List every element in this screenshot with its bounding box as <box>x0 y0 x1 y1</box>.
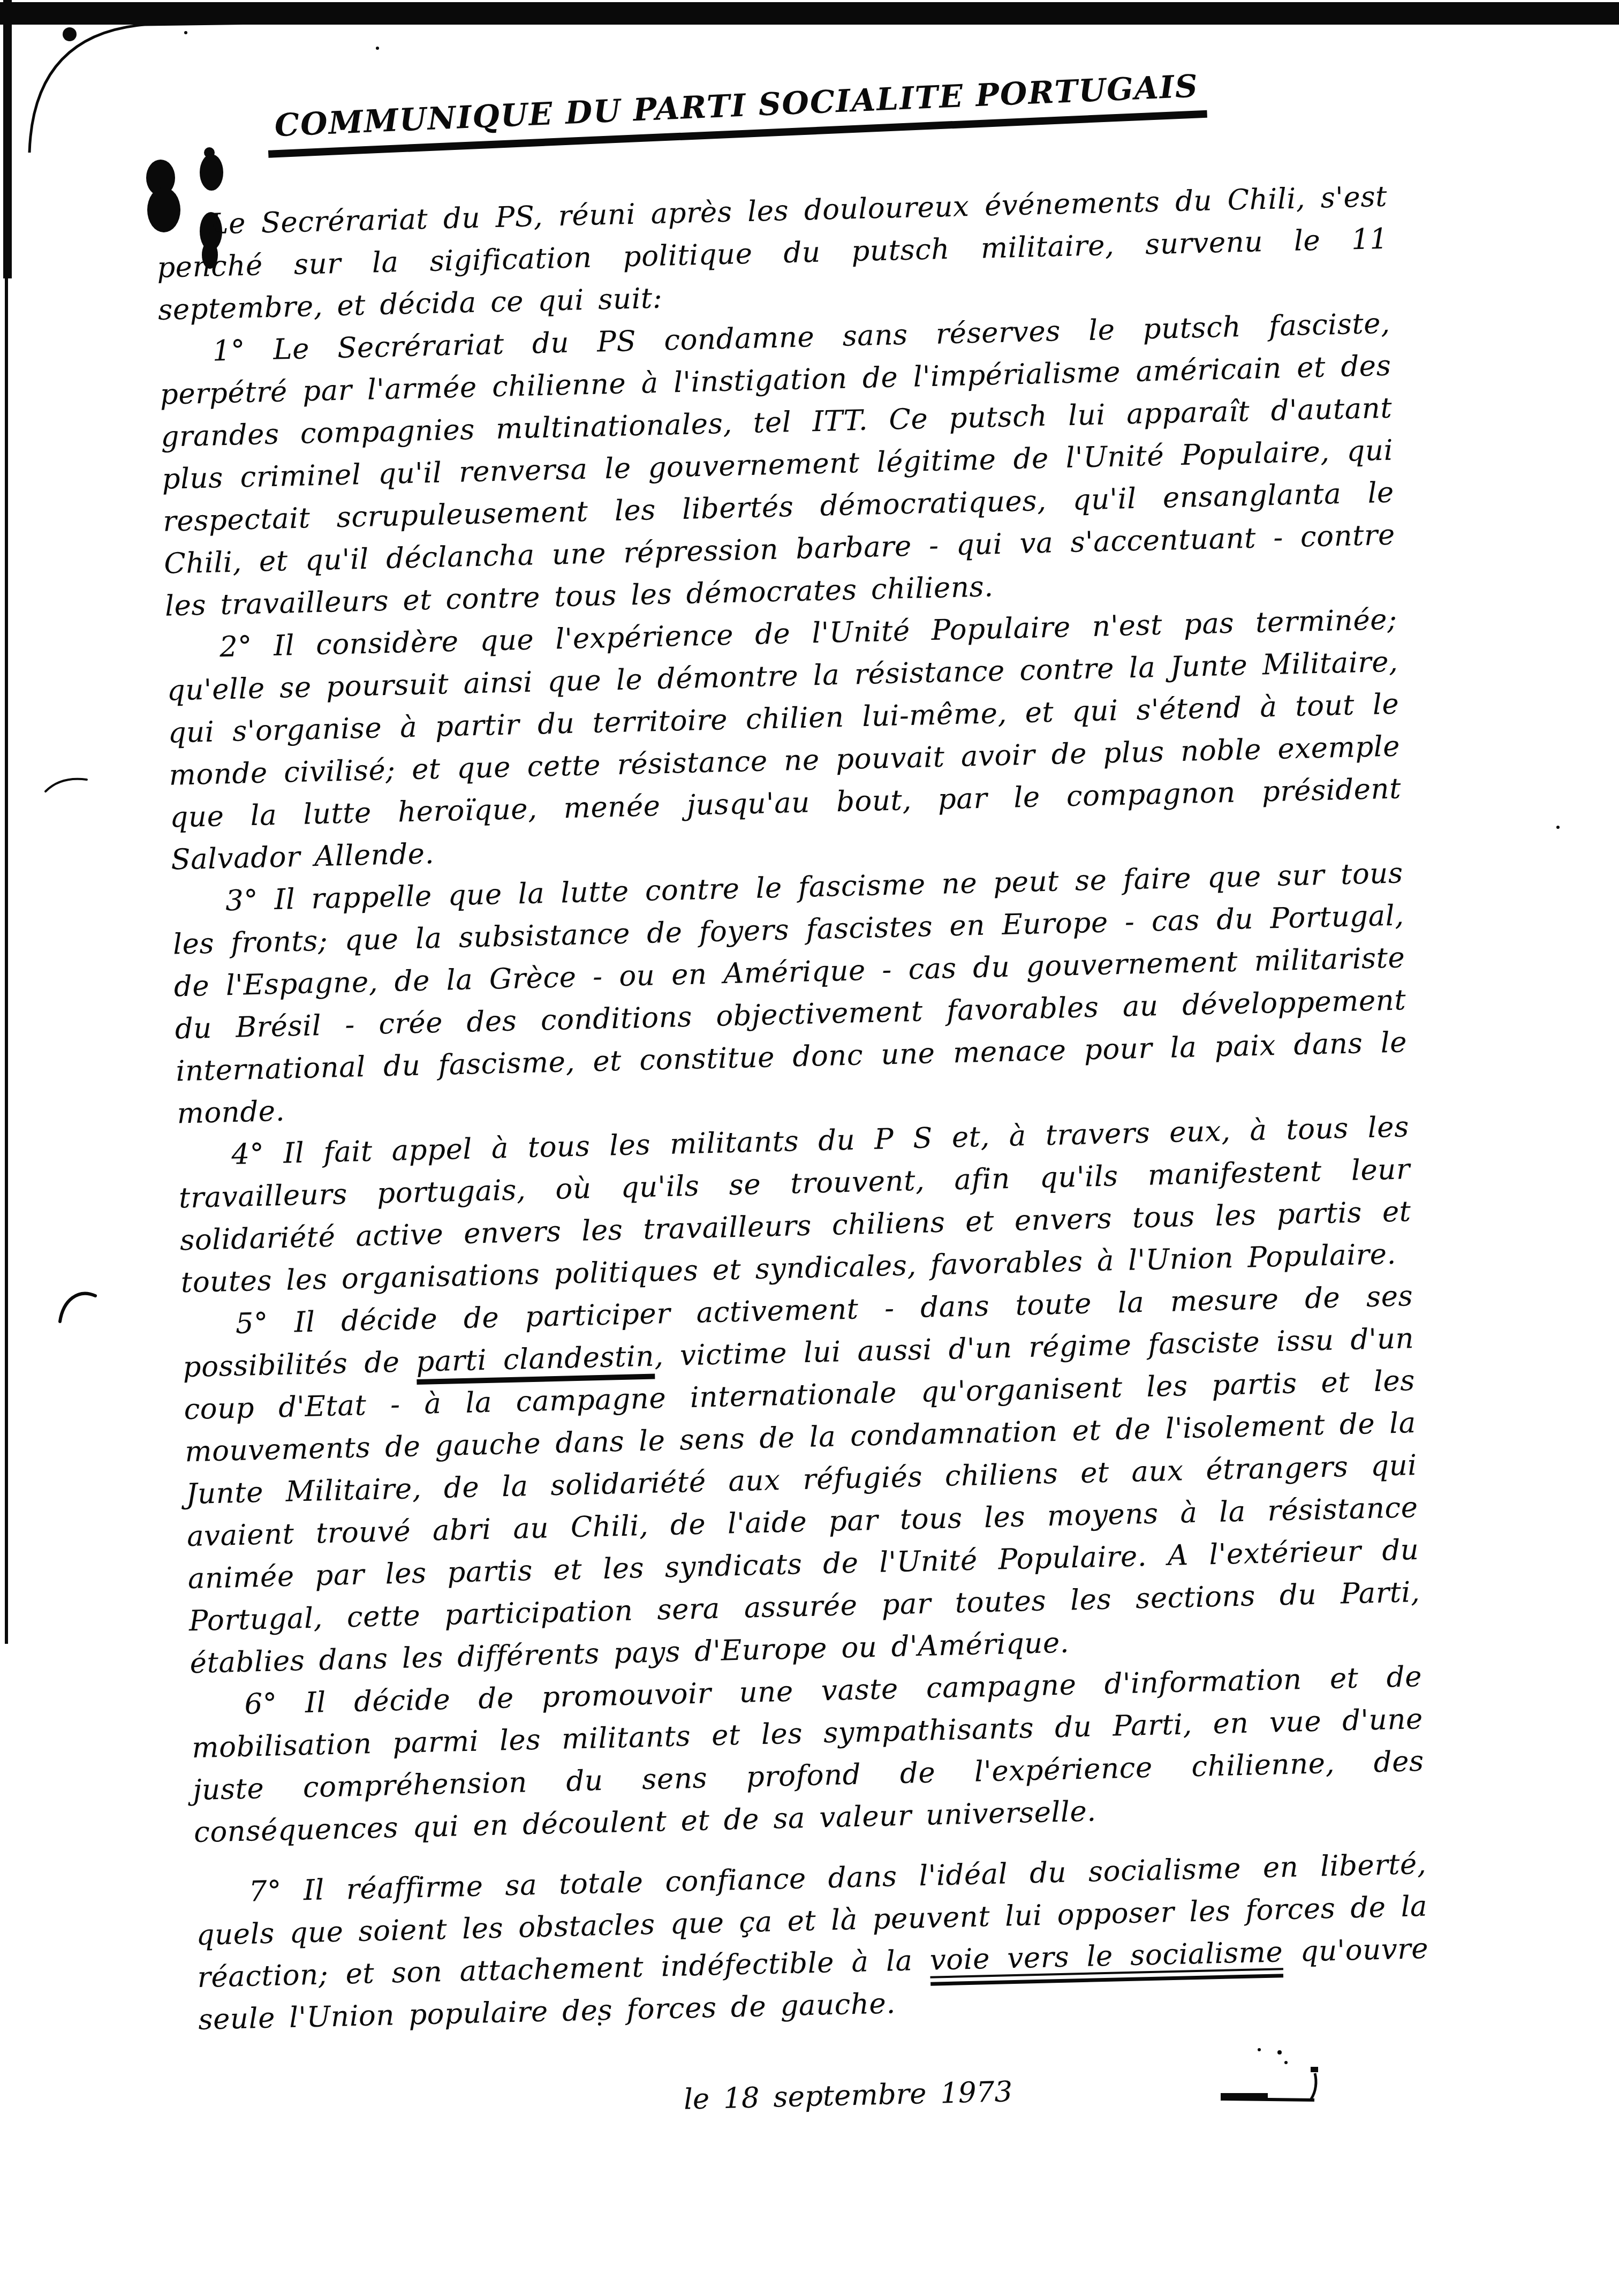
paragraph: 7° Il réaffirme sa totale confiance dans… <box>195 1843 1430 2041</box>
paragraph: 4° Il fait appel à tous les militants du… <box>177 1106 1412 1304</box>
text-run: 1° Le Secrérariat du PS condamne sans ré… <box>160 307 1395 622</box>
document-title: COMMUNIQUE DU PARTI SOCIALITE PORTUGAIS <box>267 67 1208 158</box>
margin-tick-2 <box>60 1294 95 1321</box>
double-underlined-phrase: voie vers le socialisme <box>929 1936 1283 1986</box>
margin-tick-1 <box>46 779 87 791</box>
underlined-phrase: parti clandestin <box>416 1340 655 1384</box>
paragraph: 1° Le Secrérariat du PS condamne sans ré… <box>158 302 1396 627</box>
paragraph: 3° Il rappelle que la lutte contre le fa… <box>171 852 1409 1135</box>
text-run: 3° Il rappelle que la lutte contre le fa… <box>172 857 1407 1130</box>
text-run: Le Secrérariat du PS, réuni après les do… <box>157 180 1389 326</box>
paragraph: 5° Il décide de participer activement - … <box>181 1275 1421 1685</box>
scanned-page: COMMUNIQUE DU PARTI SOCIALITE PORTUGAIS … <box>0 0 1619 2296</box>
document-content: COMMUNIQUE DU PARTI SOCIALITE PORTUGAIS … <box>153 51 1432 2127</box>
text-run: 6° Il décide de promouvoir une vaste cam… <box>192 1660 1425 1849</box>
paragraph: 6° Il décide de promouvoir une vaste cam… <box>191 1656 1426 1854</box>
paragraph: 2° Il considère que l'expérience de l'Un… <box>165 598 1403 881</box>
text-run: 2° Il considère que l'expérience de l'Un… <box>167 603 1401 876</box>
scan-edge-left-thin <box>5 273 8 1644</box>
corner-dot <box>63 27 77 41</box>
scan-edge-top <box>0 2 1619 25</box>
document-body: Le Secrérariat du PS, réuni après les do… <box>155 175 1429 2041</box>
scan-edge-left <box>3 0 12 278</box>
text-run: 4° Il fait appel à tous les militants du… <box>178 1111 1411 1299</box>
